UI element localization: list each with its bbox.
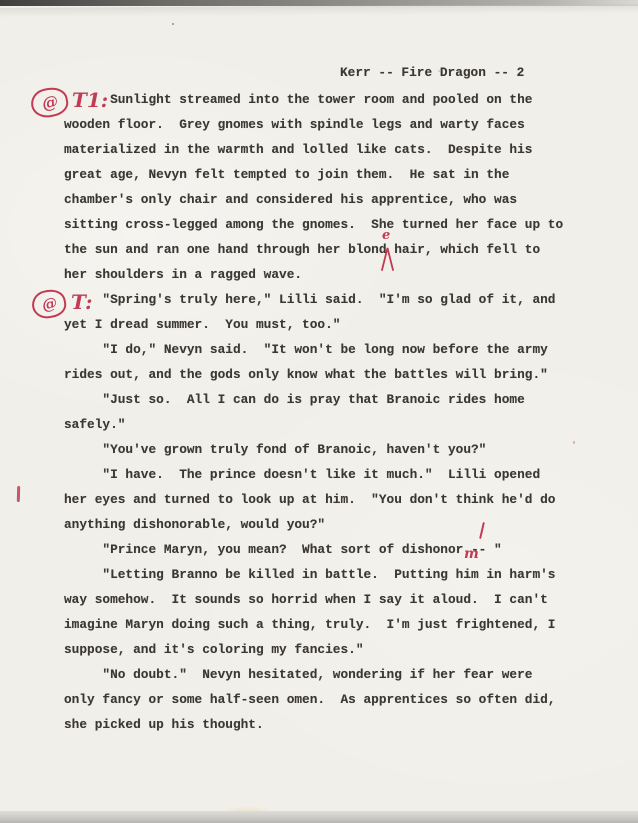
text-line: anything dishonorable, would you?" xyxy=(64,512,563,537)
insertion-letter-e: e xyxy=(382,228,390,243)
text-line: "I do," Nevyn said. "It won't be long no… xyxy=(64,337,563,362)
text-line: great age, Nevyn felt tempted to join th… xyxy=(64,162,563,187)
text-line: the sun and ran one hand through her blo… xyxy=(64,237,563,262)
circled-at-icon: @ xyxy=(30,287,68,320)
text-line: "No doubt." Nevyn hesitated, wondering i… xyxy=(64,662,563,687)
paper-speck xyxy=(573,441,575,444)
page-header: Kerr -- Fire Dragon -- 2 xyxy=(340,65,524,80)
paper-speck xyxy=(438,70,440,72)
text-line: "Just so. All I can do is pray that Bran… xyxy=(64,387,563,412)
text-line: "I have. The prince doesn't like it much… xyxy=(64,462,563,487)
text-line: sitting cross-legged among the gnomes. S… xyxy=(64,212,563,237)
margin-tick-mark xyxy=(17,486,20,502)
text-line: imagine Maryn doing such a thing, truly.… xyxy=(64,612,563,637)
text-line: "Letting Branno be killed in battle. Put… xyxy=(64,562,563,587)
paper-crease xyxy=(0,4,638,20)
text-line: only fancy or some half-seen omen. As ap… xyxy=(64,687,563,712)
text-line: rides out, and the gods only know what t… xyxy=(64,362,563,387)
editorial-label-t1: T1: xyxy=(72,88,108,112)
scanned-manuscript-page: Kerr -- Fire Dragon -- 2 Sunlight stream… xyxy=(0,0,638,823)
text-line: her shoulders in a ragged wave. xyxy=(64,262,563,287)
text-line: chamber's only chair and considered his … xyxy=(64,187,563,212)
text-line: "You've grown truly fond of Branoic, hav… xyxy=(64,437,563,462)
text-line: yet I dread summer. You must, too." xyxy=(64,312,563,337)
text-line: way somehow. It sounds so horrid when I … xyxy=(64,587,563,612)
editorial-label-t: T: xyxy=(71,290,93,314)
text-line: "Spring's truly here," Lilli said. "I'm … xyxy=(64,287,563,312)
text-line: wooden floor. Grey gnomes with spindle l… xyxy=(64,112,563,137)
scan-edge-bottom xyxy=(0,811,638,823)
manuscript-lines: Sunlight streamed into the tower room an… xyxy=(64,87,563,737)
text-line: materialized in the warmth and lolled li… xyxy=(64,137,563,162)
paper-speck xyxy=(172,23,174,25)
text-line: Sunlight streamed into the tower room an… xyxy=(64,87,563,112)
dash-correction-letter-m: m xyxy=(464,546,479,562)
text-line: she picked up his thought. xyxy=(64,712,563,737)
text-line: safely." xyxy=(64,412,563,437)
text-line: her eyes and turned to look up at him. "… xyxy=(64,487,563,512)
text-line: suppose, and it's coloring my fancies." xyxy=(64,637,563,662)
insertion-caret-icon xyxy=(379,245,396,272)
text-line: "Prince Maryn, you mean? What sort of di… xyxy=(64,537,563,562)
